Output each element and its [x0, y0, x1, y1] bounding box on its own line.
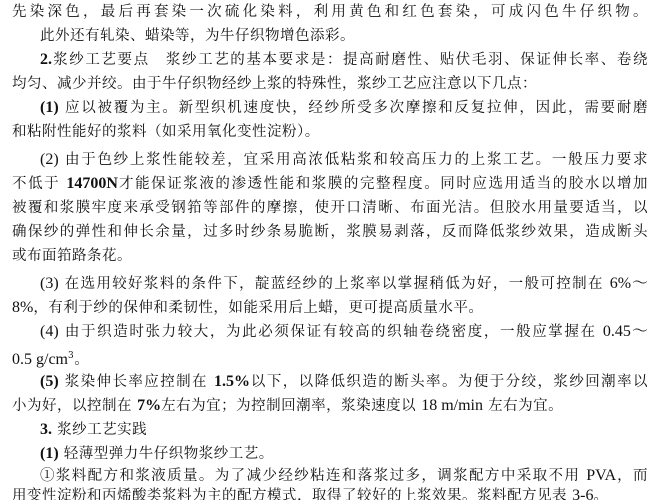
line-text: 或布面筘路条花。: [12, 248, 132, 264]
paragraph-line: 此外还有轧染、蜡染等，为牛仔织物增色添彩。: [40, 26, 648, 46]
section-number: 2.: [40, 51, 52, 68]
line-text: 在选用较好浆料的条件下，靛蓝经纱的上浆率以掌握稍低为好，一般可控制在: [65, 276, 604, 292]
elongation-value: 1.5%: [214, 373, 250, 390]
subsection-heading: (1) 轻薄型弹力牛仔织物浆纱工艺。: [40, 444, 648, 464]
line-text: ，而: [616, 468, 648, 484]
line-text: 浆纱工艺实践: [57, 422, 147, 438]
paragraph-line: 小为好，以控制在 7%左右为宜；为控制回潮率，浆染速度以 18 m/min 左右…: [12, 396, 648, 416]
line-text: ，有利于纱的保伸和柔韧性，如能采用后上蜡，更可提高质量水平。: [33, 300, 483, 316]
line-text: 不低于: [12, 176, 60, 192]
line-text: ①浆料配方和浆液质量。为了减少经纱粘连和落浆过多，调浆配方中采取不用: [40, 468, 580, 484]
paragraph-line: 确保纱的弹性和伸长余量，过多时纱条易脆断，浆膜易剥落，反而降低浆纱效果，造成断头: [12, 222, 648, 242]
line-text: 左右为宜；为控制回潮率，浆染速度以: [161, 398, 416, 414]
paragraph-line: 或布面筘路条花。: [12, 246, 648, 266]
line-text: 均匀、减少并绞。由于牛仔织物经纱上浆的特殊性，浆纱工艺应注意以下几点：: [12, 76, 537, 92]
regain-value: 7%: [137, 397, 161, 414]
line-text: 应以被覆为主。新型织机速度快，经纱所受多次摩擦和反复拉伸，因此，需要耐磨: [65, 100, 648, 116]
list-item-1: (1) 应以被覆为主。新型织机速度快，经纱所受多次摩擦和反复拉伸，因此，需要耐磨: [40, 98, 648, 118]
list-item-2: (2) 由于色纱上浆性能较差，宜采用高浓低粘浆和较高压力的上浆工艺。一般压力要求: [40, 150, 648, 170]
section-heading-2: 2.浆纱工艺要点 浆纱工艺的基本要求是：提高耐磨性、贴伏毛羽、保证伸长率、卷绕: [40, 50, 648, 70]
paragraph-line: 用变性淀粉和丙烯酸类浆料为主的配方模式，取得了较好的上浆效果。浆料配方见表 3-…: [12, 486, 648, 500]
paragraph-line: 被覆和浆膜牢度来承受钢筘等部件的摩擦，使开口清晰、布面光洁。但胶水用量要适当，以: [12, 198, 648, 218]
paragraph-line: 和粘附性能好的浆料（如采用氧化变性淀粉）。: [12, 122, 648, 142]
table-reference: 3-6: [572, 487, 593, 500]
pva-term: PVA: [586, 467, 616, 484]
line-text: 浆染伸长率应控制在: [65, 374, 208, 390]
density-value: 0.45～: [603, 323, 648, 340]
list-item-4: (4) 由于织造时张力较大，为此必须保证有较高的织轴卷绕密度，一般应掌握在 0.…: [40, 322, 648, 342]
item-number: (1): [40, 445, 59, 462]
line-text: 以下，以降低织造的断头率。为便于分绞，浆纱回潮率以: [250, 374, 648, 390]
density-value: 0.5 g/cm: [12, 351, 68, 368]
line-text: 先染深色，最后再套染一次硫化染料，利用黄色和红色套染，可成闪色牛仔织物。: [12, 4, 648, 20]
item-number: (5): [40, 373, 59, 390]
list-item-5: (5) 浆染伸长率应控制在 1.5%以下，以降低织造的断头率。为便于分绞，浆纱回…: [40, 372, 648, 392]
pressure-value: 14700N: [66, 175, 118, 192]
line-text: 由于色纱上浆性能较差，宜采用高浓低粘浆和较高压力的上浆工艺。一般压力要求: [65, 152, 648, 168]
line-text: 由于织造时张力较大，为此必须保证有较高的织轴卷绕密度，一般应掌握在: [65, 324, 597, 340]
paragraph-line: 均匀、减少并绞。由于牛仔织物经纱上浆的特殊性，浆纱工艺应注意以下几点：: [12, 74, 648, 94]
line-text: 被覆和浆膜牢度来承受钢筘等部件的摩擦，使开口清晰、布面光洁。但胶水用量要适当，以: [12, 200, 648, 216]
item-number: (3): [40, 275, 59, 292]
line-text: 此外还有轧染、蜡染等，为牛仔织物增色添彩。: [40, 28, 355, 44]
sizing-rate-value: 8%: [12, 299, 33, 316]
paragraph-line: ①浆料配方和浆液质量。为了减少经纱粘连和落浆过多，调浆配方中采取不用 PVA，而: [40, 466, 648, 486]
line-text: 确保纱的弹性和伸长余量，过多时纱条易脆断，浆膜易剥落，反而降低浆纱效果，造成断头: [12, 224, 648, 240]
line-text: 。: [593, 488, 608, 500]
line-text: 轻薄型弹力牛仔织物浆纱工艺。: [64, 446, 274, 462]
line-text: 小为好，以控制在: [12, 398, 132, 414]
line-text: 左右为宜。: [488, 398, 563, 414]
line-text: 和粘附性能好的浆料（如采用氧化变性淀粉）。: [12, 124, 320, 140]
list-item-3: (3) 在选用较好浆料的条件下，靛蓝经纱的上浆率以掌握稍低为好，一般可控制在 6…: [40, 274, 648, 294]
item-number: (4): [40, 323, 59, 340]
paragraph-line: 不低于 14700N才能保证浆液的渗透性能和浆膜的完整程度。同时应选用适当的胶水…: [12, 174, 648, 194]
speed-value: 18 m/min: [421, 397, 483, 414]
paragraph-line: 8%，有利于纱的保伸和柔韧性，如能采用后上蜡，更可提高质量水平。: [12, 298, 648, 318]
line-text: 浆纱工艺要点 浆纱工艺的基本要求是：提高耐磨性、贴伏毛羽、保证伸长率、卷绕: [52, 52, 648, 68]
section-heading-3: 3. 浆纱工艺实践: [40, 420, 648, 440]
section-number: 3.: [40, 421, 52, 438]
paragraph-line: 先染深色，最后再套染一次硫化染料，利用黄色和红色套染，可成闪色牛仔织物。: [12, 2, 648, 22]
item-number: (1): [40, 99, 59, 116]
document-page: 先染深色，最后再套染一次硫化染料，利用黄色和红色套染，可成闪色牛仔织物。 此外还…: [0, 0, 656, 500]
line-text: 用变性淀粉和丙烯酸类浆料为主的配方模式，取得了较好的上浆效果。浆料配方见表: [12, 488, 567, 500]
sizing-rate-value: 6%～: [610, 275, 648, 292]
item-number: (2): [40, 151, 59, 168]
line-text: 才能保证浆液的渗透性能和浆膜的完整程度。同时应选用适当的胶水以增加: [118, 176, 648, 192]
paragraph-line: 0.5 g/cm3。: [12, 346, 648, 370]
line-text: 。: [74, 352, 89, 368]
